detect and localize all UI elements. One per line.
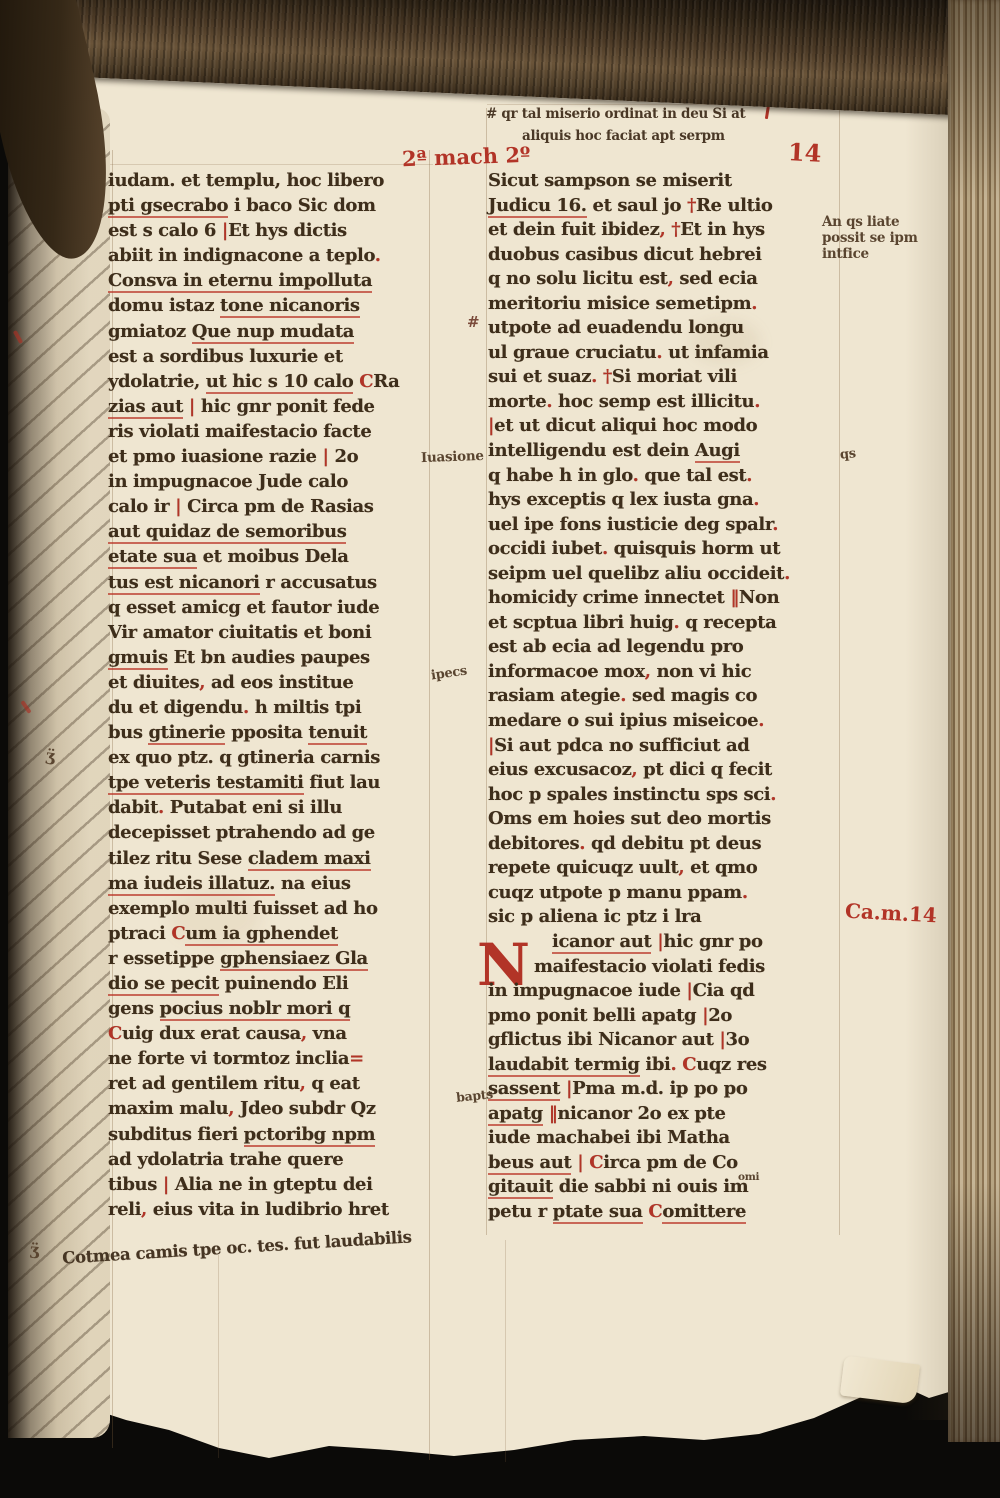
text-line: uel ipe fons iusticie deg spalr. bbox=[488, 514, 842, 539]
ruling-line-vertical bbox=[505, 1240, 506, 1462]
text-line: est a sordibus luxurie et bbox=[108, 346, 438, 371]
text-line: zias aut | hic gnr ponit fede bbox=[108, 396, 438, 421]
text-line: in impugnacoe Jude calo bbox=[108, 471, 438, 496]
text-line: q no solu licitu est, sed ecia bbox=[488, 268, 842, 293]
chapter-mark: Ca.m.14 bbox=[844, 899, 937, 928]
text-line: laudabit termig ibi. Cuqz res bbox=[488, 1054, 842, 1079]
text-line: gmuis Et bn audies paupes bbox=[108, 647, 438, 672]
text-line: aut quidaz de semoribus bbox=[108, 521, 438, 546]
text-line: reli, eius vita in ludibrio hret bbox=[108, 1199, 438, 1224]
text-line: seipm uel quelibz aliu occideit. bbox=[488, 563, 842, 588]
text-line: Oms em hoies sut deo mortis bbox=[488, 808, 842, 833]
text-line: sui et suaz. †Si moriat vili bbox=[488, 366, 842, 391]
facing-page-gutter bbox=[8, 108, 110, 1438]
ruling-line-horizontal bbox=[110, 164, 433, 165]
margin-mark-qs: qs bbox=[839, 446, 856, 463]
text-line: q habe h in glo. que tal est. bbox=[488, 465, 842, 490]
text-line: tilez ritu Sese cladem maxi bbox=[108, 848, 438, 873]
text-line: ydolatrie, ut hic s 10 calo CRa bbox=[108, 371, 438, 396]
text-line: r essetippe gphensiaez Gla bbox=[108, 948, 438, 973]
text-line: debitores. qd debitu pt deus bbox=[488, 833, 842, 858]
text-line: ul graue cruciatu. ut infamia bbox=[488, 342, 842, 367]
text-line: sassent |Pma m.d. ip po po bbox=[488, 1078, 842, 1103]
margin-note-line: intfice bbox=[822, 246, 918, 262]
left-text-column: iudam. et templu, hoc liberopti gsecrabo… bbox=[108, 170, 438, 1224]
ruling-line-vertical bbox=[218, 1255, 219, 1458]
text-line: utpote ad euadendu longu bbox=[488, 317, 842, 342]
text-line: petu r ptate sua Comittere bbox=[488, 1201, 842, 1226]
text-line: du et digendu. h miltis tpi bbox=[108, 697, 438, 722]
margin-hash-mark: # bbox=[467, 313, 479, 331]
text-line: est ab ecia ad legendu pro bbox=[488, 636, 842, 661]
text-line: occidi iubet. quisquis horm ut bbox=[488, 538, 842, 563]
text-line: gens pocius noblr mori q bbox=[108, 998, 438, 1023]
text-line: meritoriu misice semetipm. bbox=[488, 293, 842, 318]
header-note-line1: # qr tal miserio ordinat in deu Si at bbox=[486, 106, 745, 122]
interlinear-superscript: omi bbox=[738, 1171, 759, 1183]
text-line: hys exceptis q lex iusta gna. bbox=[488, 489, 842, 514]
text-line: Judicu 16. et saul jo †Re ultio bbox=[488, 195, 842, 220]
text-line: est s calo 6 |Et hys dictis bbox=[108, 220, 438, 245]
text-line: gflictus ibi Nicanor aut |3o bbox=[488, 1029, 842, 1054]
text-line: ad ydolatria trahe quere bbox=[108, 1149, 438, 1174]
book-page-edges bbox=[948, 0, 1000, 1442]
running-title: 2ª mach 2º bbox=[402, 142, 531, 171]
text-line: Sicut sampson se miserit bbox=[488, 170, 842, 195]
header-note-line2: aliquis hoc faciat apt serpm bbox=[522, 128, 725, 144]
text-line: Vir amator ciuitatis et boni bbox=[108, 622, 438, 647]
text-line: sic p aliena ic ptz i lra bbox=[488, 906, 842, 931]
text-line: tus est nicanori r accusatus bbox=[108, 572, 438, 597]
text-line: et diuites, ad eos institue bbox=[108, 672, 438, 697]
text-line: Cuig dux erat causa, vna bbox=[108, 1023, 438, 1048]
text-line: medare o sui ipius miseicoe. bbox=[488, 710, 842, 735]
text-line: |et ut dicut aliqui hoc modo bbox=[488, 415, 842, 440]
text-line: tibus | Alia ne in gteptu dei bbox=[108, 1174, 438, 1199]
text-line: icanor aut |hic gnr po bbox=[488, 931, 842, 956]
text-line: pti gsecrabo i baco Sic dom bbox=[108, 195, 438, 220]
text-line: et pmo iuasione razie | 2o bbox=[108, 446, 438, 471]
text-line: homicidy crime innectet ‖Non bbox=[488, 587, 842, 612]
text-line: calo ir | Circa pm de Rasias bbox=[108, 496, 438, 521]
nota-mark: ʒ̈ bbox=[29, 1240, 39, 1260]
text-line: hoc p spales instinctu sps sci. bbox=[488, 784, 842, 809]
text-line: subditus fieri pctoribg npm bbox=[108, 1124, 438, 1149]
margin-note-line: possit se ipm bbox=[822, 230, 918, 246]
text-line: domu istaz tone nicanoris bbox=[108, 295, 438, 320]
text-line: exemplo multi fuisset ad ho bbox=[108, 898, 438, 923]
text-line: informacoe mox, non vi hic bbox=[488, 661, 842, 686]
text-line: ris violati maifestacio facte bbox=[108, 421, 438, 446]
margin-note-line: An qs liate bbox=[822, 214, 918, 230]
text-line: bus gtinerie pposita tenuit bbox=[108, 722, 438, 747]
text-line: beus aut | Circa pm de Co bbox=[488, 1152, 842, 1177]
text-line: dabit. Putabat eni si illu bbox=[108, 797, 438, 822]
text-line: iudam. et templu, hoc libero bbox=[108, 170, 438, 195]
text-line: intelligendu est dein Augi bbox=[488, 440, 842, 465]
text-line: ex quo ptz. q gtineria carnis bbox=[108, 747, 438, 772]
text-line: abiit in indignacone a teplo. bbox=[108, 245, 438, 270]
text-line: ret ad gentilem ritu, q eat bbox=[108, 1073, 438, 1098]
text-line: ma iudeis illatuz. na eius bbox=[108, 873, 438, 898]
margin-note-an-questio: An qs liate possit se ipm intfice bbox=[822, 214, 918, 262]
text-line: etate sua et moibus Dela bbox=[108, 546, 438, 571]
manuscript-photo: { "page": { "folio_number": ".260", "hea… bbox=[0, 0, 1000, 1498]
text-line: |Si aut pdca no sufficiut ad bbox=[488, 735, 842, 760]
margin-note-invasione: Iuasione bbox=[421, 448, 484, 466]
text-line: repete quicuqz uult, et qmo bbox=[488, 857, 842, 882]
text-line: et scptua libri huig. q recepta bbox=[488, 612, 842, 637]
chapter-number: 14 bbox=[787, 137, 822, 168]
text-line: dio se pecit puinendo Eli bbox=[108, 973, 438, 998]
ruling-line-vertical bbox=[486, 108, 487, 1235]
text-line: rasiam ategie. sed magis co bbox=[488, 685, 842, 710]
text-line: gitauit die sabbi ni ouis im bbox=[488, 1176, 842, 1201]
text-line: q esset amicg et fautor iude bbox=[108, 597, 438, 622]
text-line: gmiatoz Que nup mudata bbox=[108, 321, 438, 346]
right-text-column: Sicut sampson se miseritJudicu 16. et sa… bbox=[488, 170, 842, 1226]
text-line: cuqz utpote p manu ppam. bbox=[488, 882, 842, 907]
text-line: apatg ‖nicanor 2o ex pte bbox=[488, 1103, 842, 1128]
text-line: Consva in eternu impolluta bbox=[108, 270, 438, 295]
text-line: pmo ponit belli apatg |2o bbox=[488, 1005, 842, 1030]
text-line: duobus casibus dicut hebrei bbox=[488, 244, 842, 269]
text-line: iude machabei ibi Matha bbox=[488, 1127, 842, 1152]
text-line: decepisset ptrahendo ad ge bbox=[108, 822, 438, 847]
text-line: in impugnacoe iude |Cia qd bbox=[488, 980, 842, 1005]
text-line: maxim malu, Jdeo subdr Qz bbox=[108, 1098, 438, 1123]
text-line: morte. hoc semp est illicitu. bbox=[488, 391, 842, 416]
text-line: eius excusacoz, pt dici q fecit bbox=[488, 759, 842, 784]
text-line: et dein fuit ibidez, †Et in hys bbox=[488, 219, 842, 244]
text-line: ptraci Cum ia gphendet bbox=[108, 923, 438, 948]
text-line: tpe veteris testamiti fiut lau bbox=[108, 772, 438, 797]
text-line: ne forte vi tormtoz inclia= bbox=[108, 1048, 438, 1073]
text-line: maifestacio violati fedis bbox=[488, 956, 842, 981]
